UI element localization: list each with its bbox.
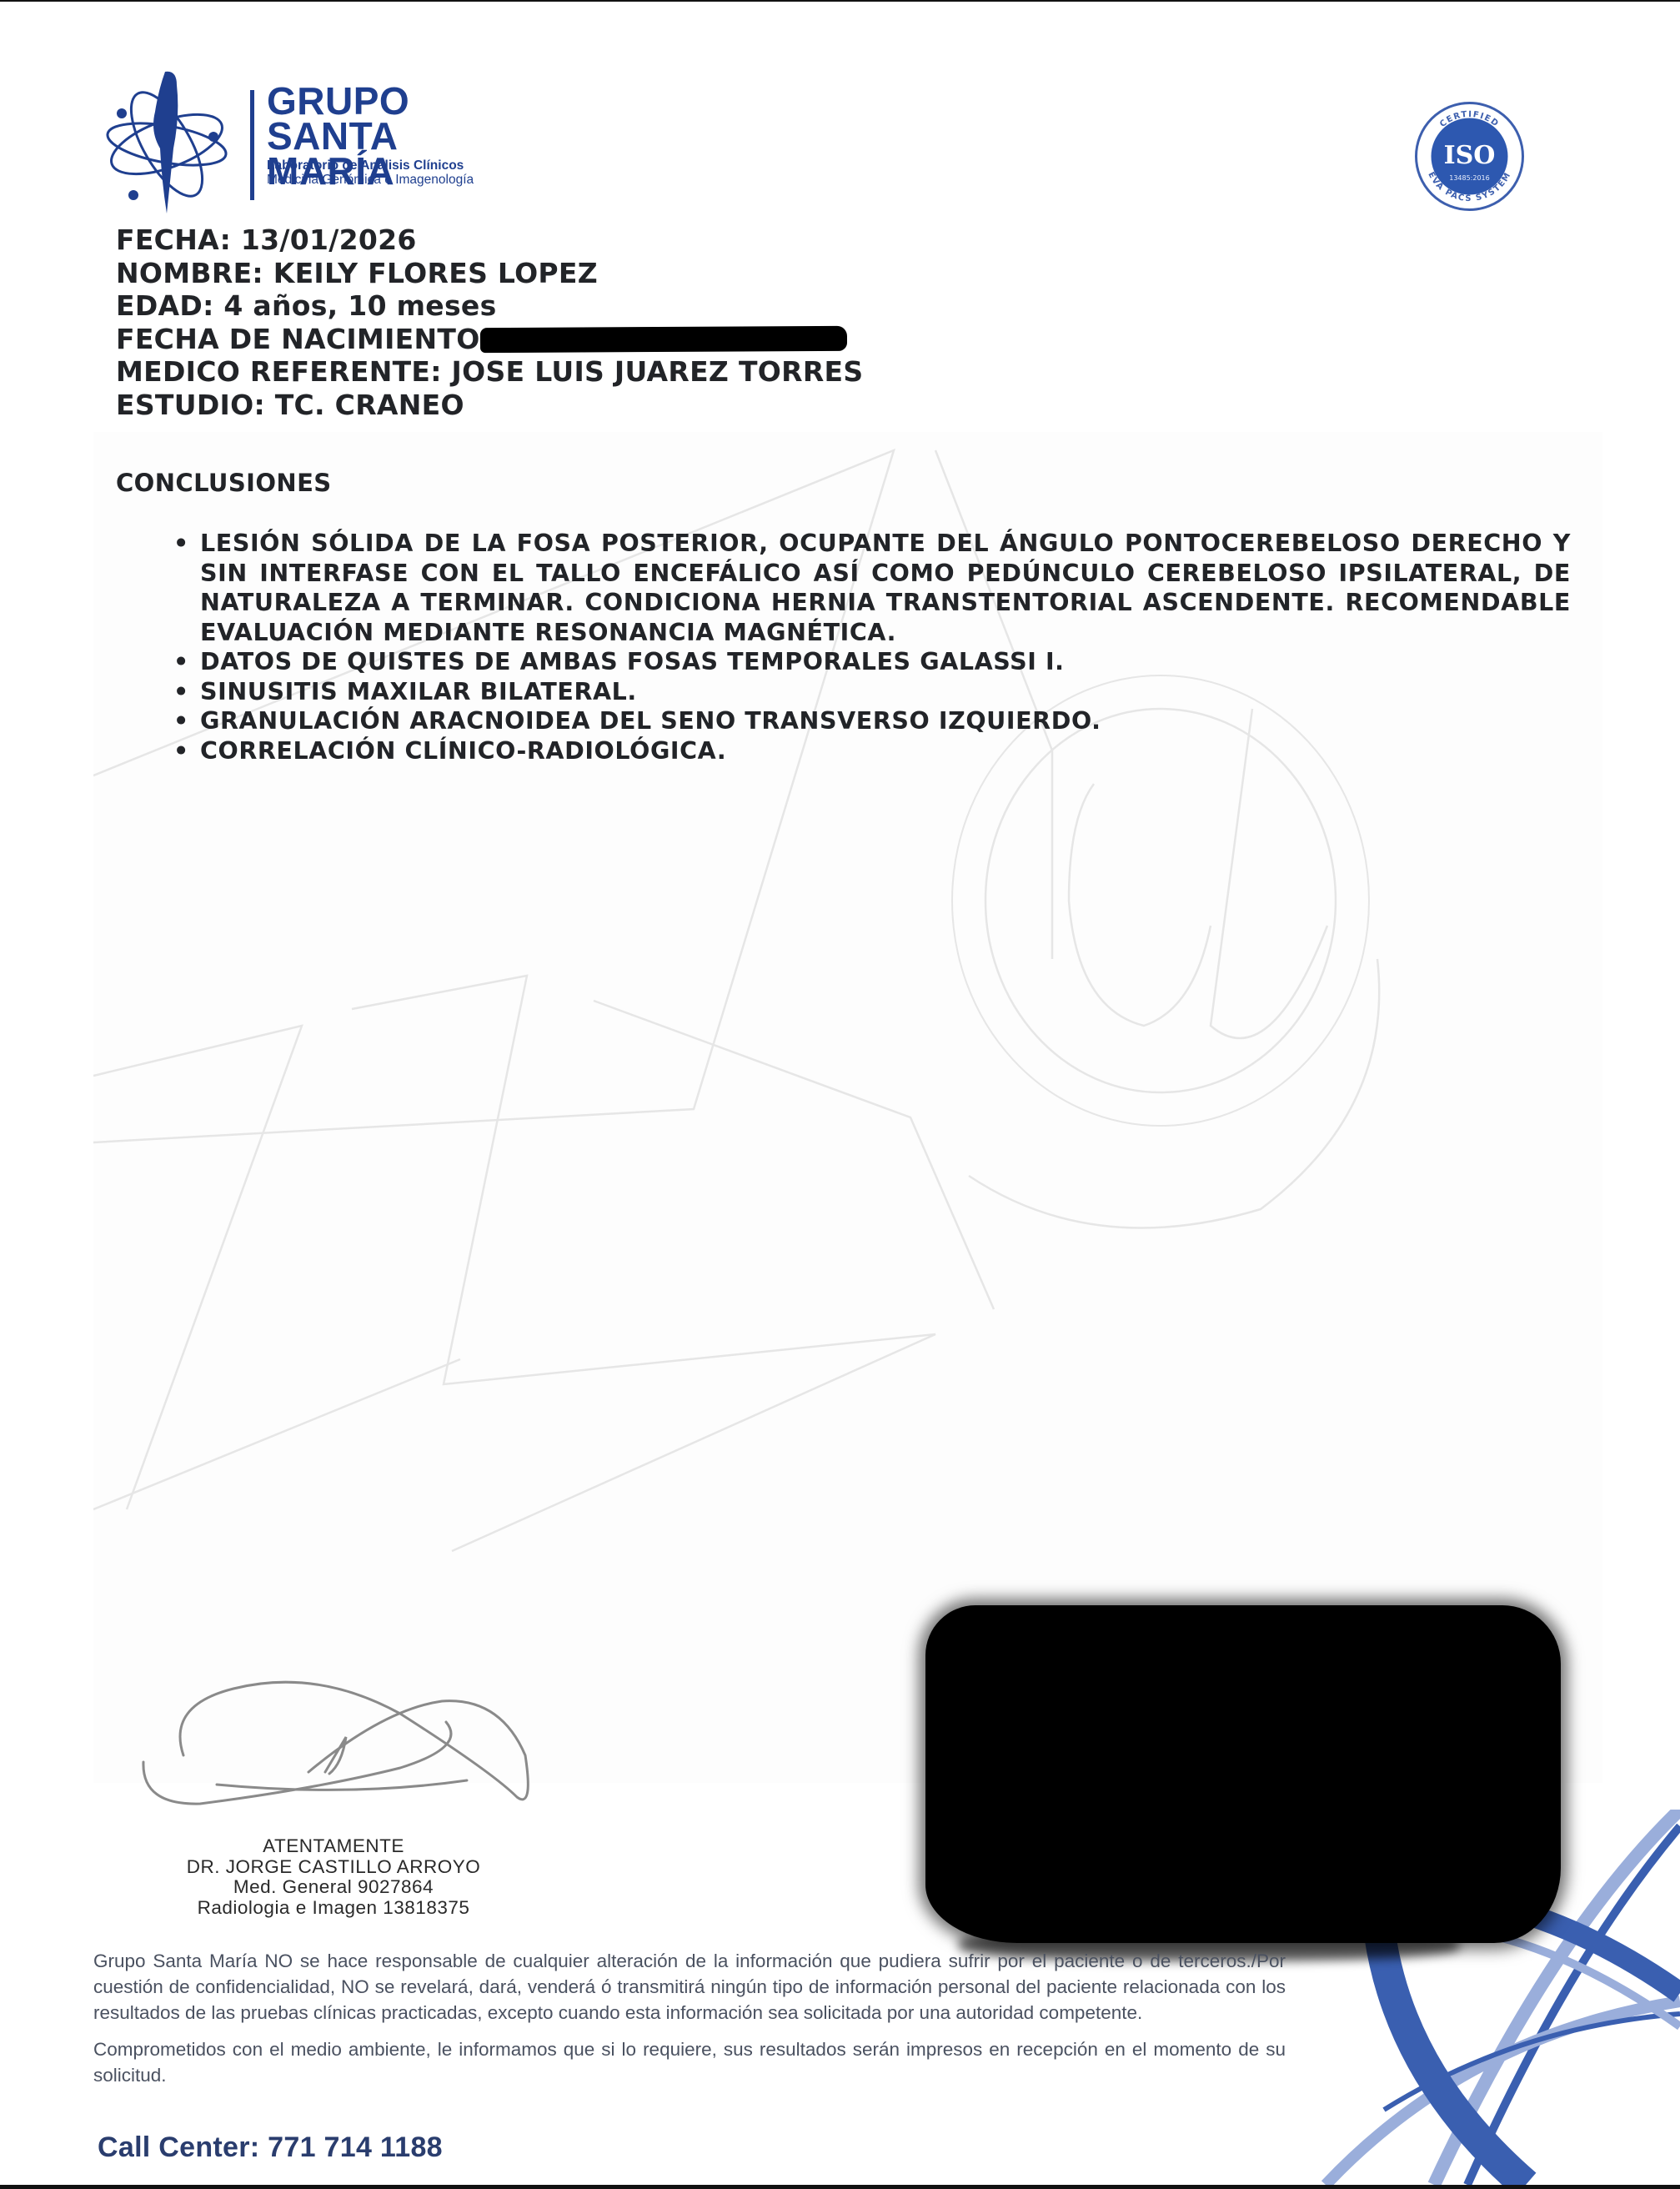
atom-figure-logo-icon (100, 65, 233, 215)
logo-subtitle-line-1: Laboratorio de Análisis Clínicos (267, 158, 474, 173)
disclaimer: Grupo Santa María NO se hace responsable… (93, 1948, 1286, 2099)
doctor-name: DR. JORGE CASTILLO ARROYO (125, 1857, 542, 1878)
conclusion-text: DATOS DE QUISTES DE AMBAS FOSAS TEMPORAL… (200, 648, 1065, 675)
conclusions-heading: CONCLUSIONES (116, 469, 332, 497)
bullet-icon: • (173, 647, 189, 677)
closing: ATENTAMENTE (125, 1836, 542, 1857)
company-logo: GRUPO SANTA MARÍA Laboratorio de Análisi… (100, 65, 534, 215)
disclaimer-environment: Comprometidos con el medio ambiente, le … (93, 2036, 1286, 2088)
logo-subtitle: Laboratorio de Análisis Clínicos Medicin… (267, 158, 474, 187)
bullet-icon: • (173, 677, 189, 707)
disclaimer-confidentiality: Grupo Santa María NO se hace responsable… (93, 1948, 1286, 2026)
top-border (0, 0, 1680, 2)
conclusion-item: •CORRELACIÓN CLÍNICO-RADIOLÓGICA. (173, 736, 1571, 766)
logo-divider (250, 90, 254, 200)
license-general: Med. General 9027864 (125, 1877, 542, 1898)
birth-date-row: FECHA DE NACIMIENTO (116, 323, 863, 356)
conclusion-text: LESIÓN SÓLIDA DE LA FOSA POSTERIOR, OCUP… (200, 530, 1571, 646)
logo-title-line-1: GRUPO (267, 83, 534, 118)
patient-name: NOMBRE: KEILY FLORES LOPEZ (116, 257, 863, 290)
license-radiology: Radiologia e Imagen 13818375 (125, 1898, 542, 1919)
study-type: ESTUDIO: TC. CRANEO (116, 389, 863, 422)
conclusion-item: •SINUSITIS MAXILAR BILATERAL. (173, 677, 1571, 707)
conclusion-text: GRANULACIÓN ARACNOIDEA DEL SENO TRANSVER… (200, 707, 1101, 735)
signature-block: ATENTAMENTE DR. JORGE CASTILLO ARROYO Me… (125, 1836, 542, 1918)
conclusion-item: •DATOS DE QUISTES DE AMBAS FOSAS TEMPORA… (173, 647, 1571, 677)
referring-doctor: MEDICO REFERENTE: JOSE LUIS JUAREZ TORRE… (116, 355, 863, 389)
birth-date-redaction (480, 325, 847, 352)
svg-text:ISO: ISO (1444, 141, 1496, 170)
redaction-blob (925, 1605, 1561, 1943)
conclusions-list: •LESIÓN SÓLIDA DE LA FOSA POSTERIOR, OCU… (173, 529, 1571, 766)
bottom-border (0, 2185, 1680, 2189)
report-date: FECHA: 13/01/2026 (116, 223, 863, 257)
iso-certified-badge-icon: CERTIFIED EVA PACS SYSTEM ISO 13485:2016 (1413, 100, 1526, 213)
call-center-phone: Call Center: 771 714 1188 (98, 2131, 443, 2164)
bullet-icon: • (173, 529, 189, 559)
bullet-icon: • (173, 706, 189, 736)
conclusion-text: SINUSITIS MAXILAR BILATERAL. (200, 678, 637, 705)
birth-date-label: FECHA DE NACIMIENTO (116, 323, 480, 355)
patient-info: FECHA: 13/01/2026 NOMBRE: KEILY FLORES L… (116, 223, 863, 421)
logo-subtitle-line-2: Medicina Genómica e Imagenología (267, 173, 474, 187)
bullet-icon: • (173, 736, 189, 766)
conclusion-text: CORRELACIÓN CLÍNICO-RADIOLÓGICA. (200, 737, 726, 765)
svg-text:13485:2016: 13485:2016 (1449, 174, 1490, 182)
conclusion-item: •LESIÓN SÓLIDA DE LA FOSA POSTERIOR, OCU… (173, 529, 1571, 647)
signature-icon (133, 1664, 542, 1822)
conclusion-item: •GRANULACIÓN ARACNOIDEA DEL SENO TRANSVE… (173, 706, 1571, 736)
patient-age: EDAD: 4 años, 10 meses (116, 289, 863, 323)
